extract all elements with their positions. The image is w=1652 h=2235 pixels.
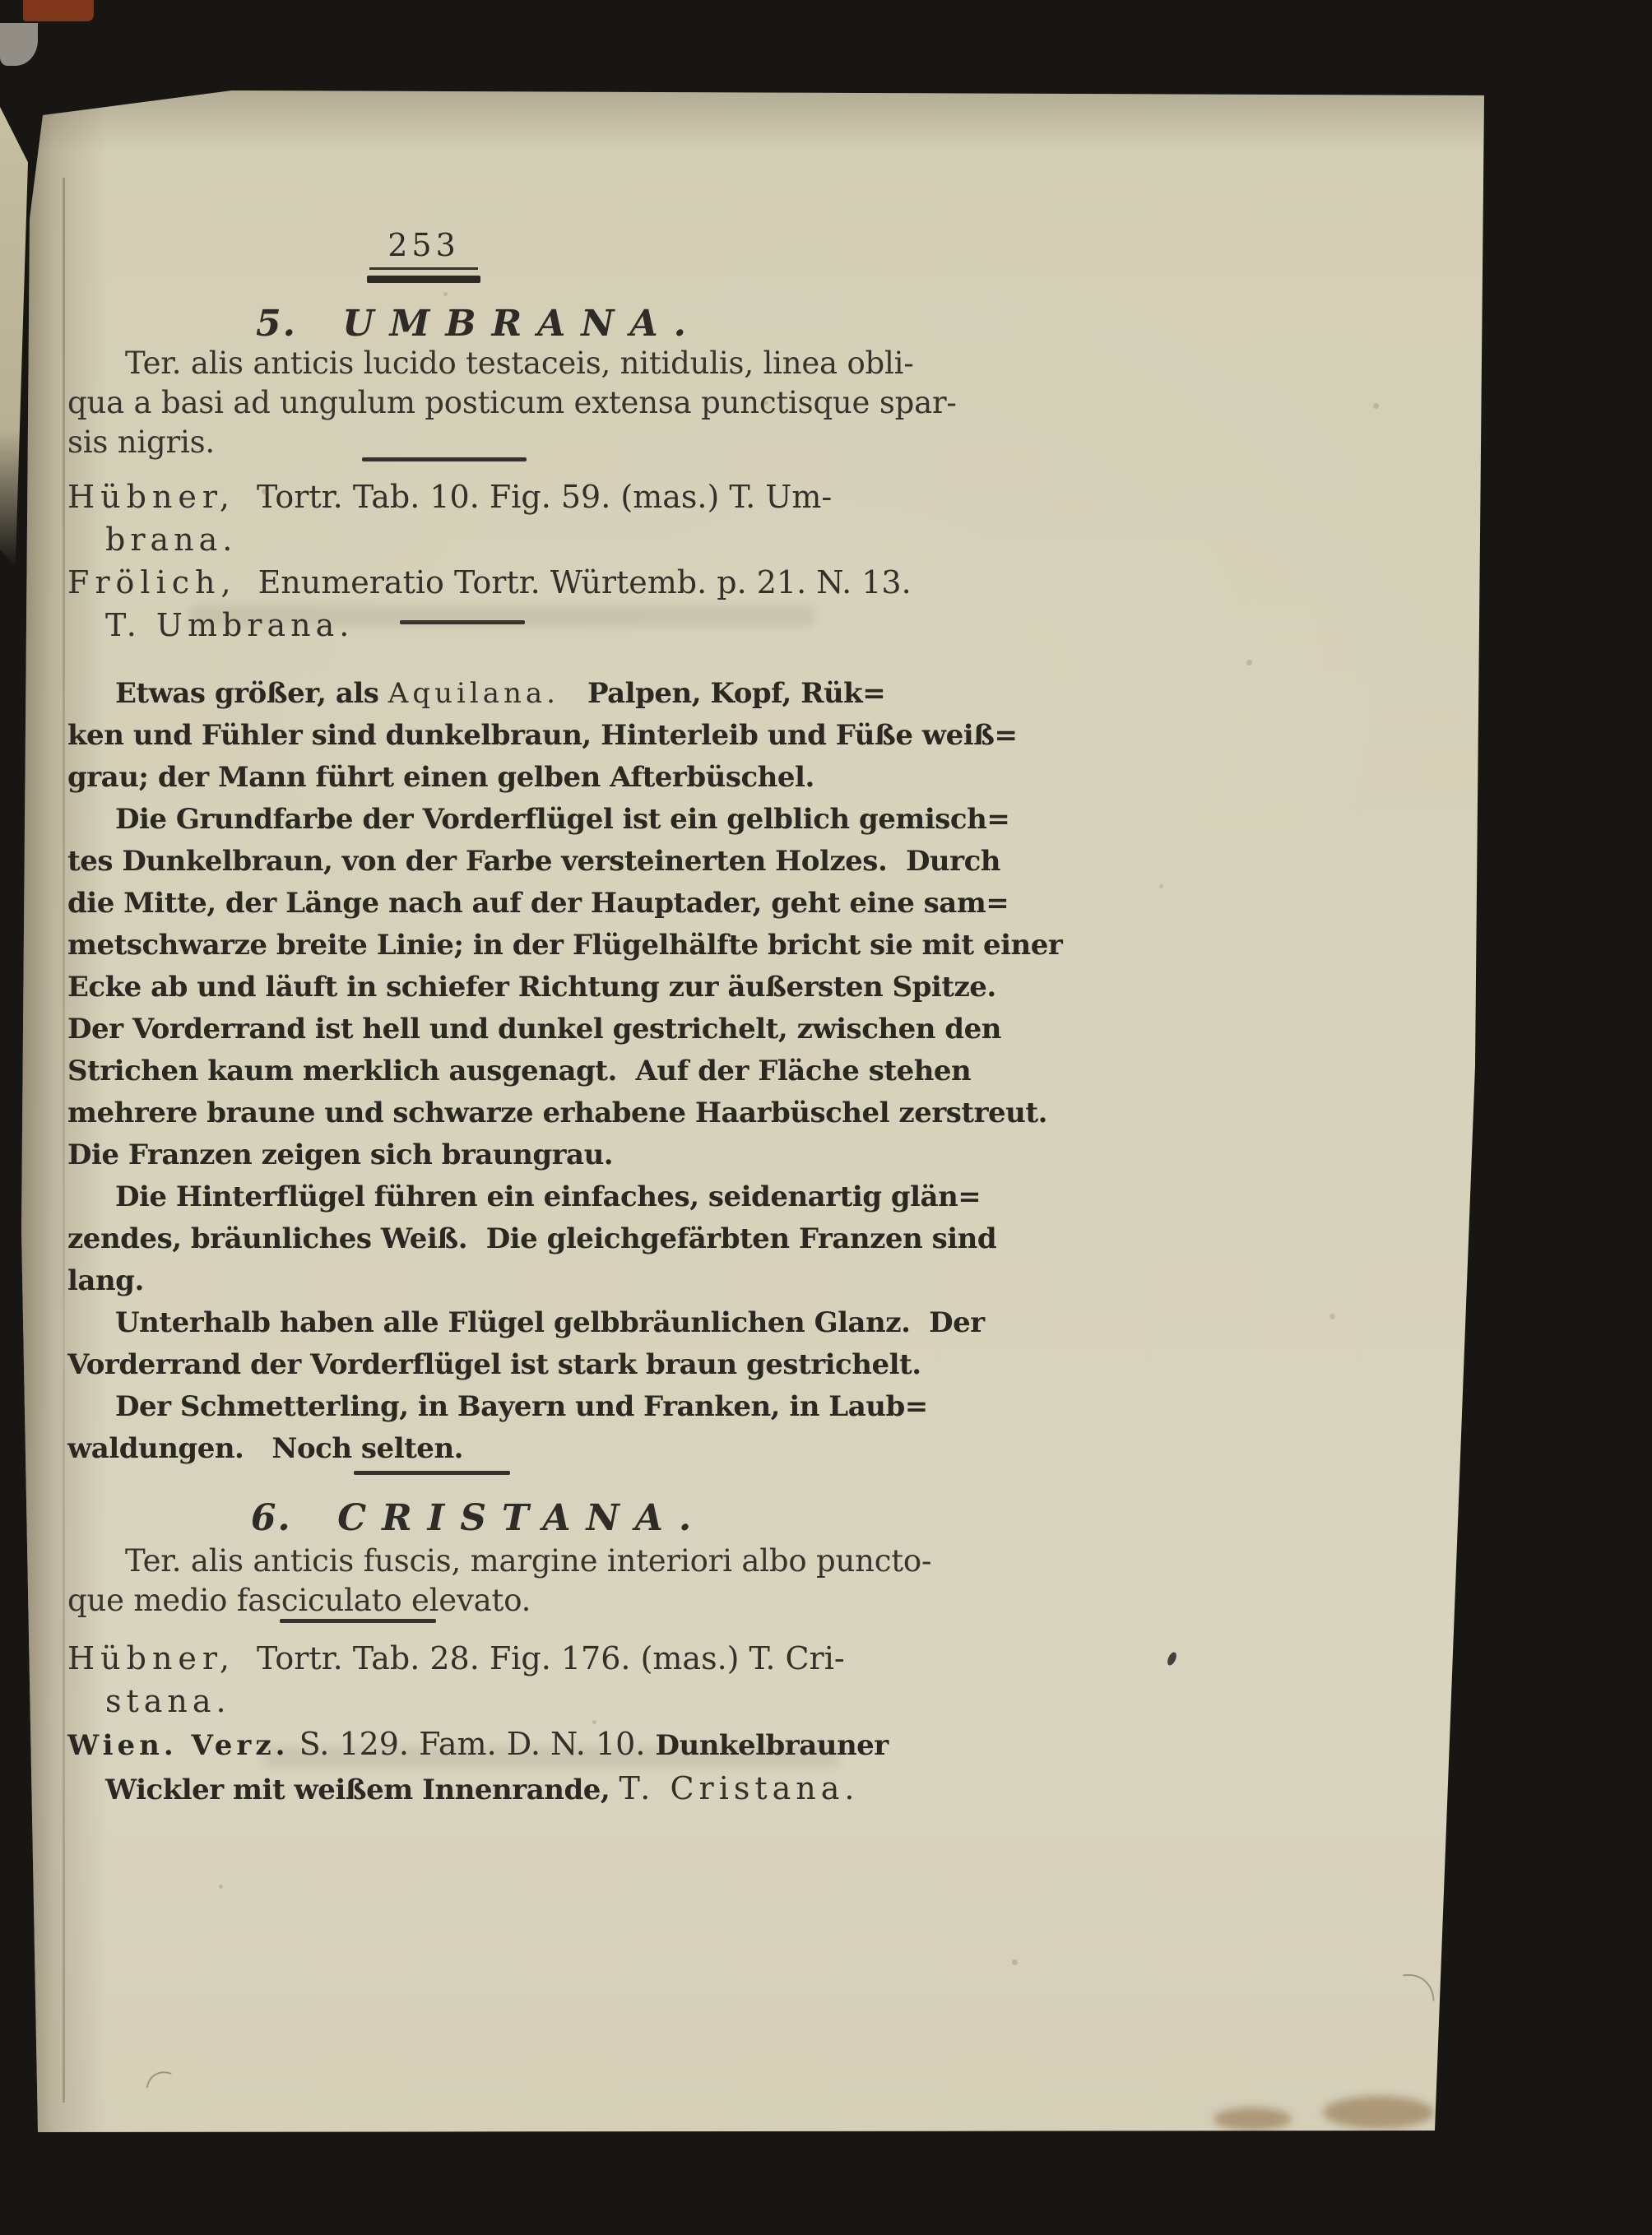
species-number: 6. xyxy=(251,1497,292,1539)
species-number: 5. xyxy=(256,303,297,345)
citation-line: Wien. Verz. S. 129. Fam. D. N. 10. Dunke… xyxy=(67,1723,972,1767)
paper-stain xyxy=(1213,2107,1292,2131)
header-rule-thick xyxy=(367,276,480,283)
description-line: Unterhalb haben alle Flügel gelbbräunlic… xyxy=(67,1302,972,1344)
species-name: UMBRANA. xyxy=(342,303,702,345)
latin-line: sis nigris. xyxy=(67,423,972,462)
citation-line: Hübner,Tortr. Tab. 10. Fig. 59. (mas.) T… xyxy=(67,475,972,518)
description-line: ken und Fühler sind dunkelbraun, Hinterl… xyxy=(67,715,972,757)
umbrana-description: Etwas größer, als Aquilana. Palpen, Kopf… xyxy=(67,673,972,1470)
section-rule xyxy=(354,1471,510,1475)
description-line: Die Hinterflügel führen ein einfaches, s… xyxy=(67,1176,972,1218)
description-line: Die Grundfarbe der Vorderflügel ist ein … xyxy=(67,799,972,841)
umbrana-heading: 5. UMBRANA. xyxy=(67,303,890,345)
page-header: 253 xyxy=(321,227,527,283)
cristana-latin-diagnosis: Ter. alis anticis fuscis, margine interi… xyxy=(67,1542,972,1621)
latin-line: Ter. alis anticis fuscis, margine interi… xyxy=(67,1542,972,1581)
binding-debris-red xyxy=(23,0,94,21)
citation-author: Hübner, xyxy=(67,479,235,515)
section-rule xyxy=(400,620,525,624)
header-rule-thin xyxy=(369,267,478,270)
section-rule xyxy=(362,457,527,461)
citation-reference: Tortr. Tab. 28. Fig. 176. (mas.) T. Cri- xyxy=(257,1640,845,1676)
scanner-bed-background: 253 5. UMBRANA. Ter. alis anticis lucido… xyxy=(0,0,1652,2235)
species-reference: Aquilana. xyxy=(388,677,559,710)
umbrana-latin-diagnosis: Ter. alis anticis lucido testaceis, niti… xyxy=(67,344,972,462)
citation-german-name: Dunkelbrauner xyxy=(655,1729,888,1762)
description-line: Vorderrand der Vorderflügel ist stark br… xyxy=(67,1344,972,1386)
description-line: metschwarze breite Linie; in der Flügelh… xyxy=(67,925,972,967)
description-line: Der Schmetterling, in Bayern und Franken… xyxy=(67,1386,972,1428)
citation-author: Frölich, xyxy=(67,564,237,600)
description-line: mehrere braune und schwarze erhabene Haa… xyxy=(67,1092,972,1134)
paper-fiber xyxy=(1352,1960,1448,2059)
cristana-heading: 6. CRISTANA. xyxy=(67,1497,890,1539)
species-reference: T. Umbrana. xyxy=(105,607,354,643)
citation-author: Hübner, xyxy=(67,1640,235,1676)
citation-author: Wien. Verz. xyxy=(67,1729,289,1762)
description-line: Ecke ab und läuft in schiefer Richtung z… xyxy=(67,967,972,1009)
latin-line: qua a basi ad ungulum posticum extensa p… xyxy=(67,383,972,423)
citation-continuation: Wickler mit weißem Innenrande, T. Crista… xyxy=(67,1767,972,1811)
citation-line: Hübner,Tortr. Tab. 28. Fig. 176. (mas.) … xyxy=(67,1637,972,1680)
description-line: waldungen. Noch selten. xyxy=(67,1428,972,1470)
latin-line: que medio fasciculato elevato. xyxy=(67,1581,972,1621)
paper-stain xyxy=(1323,2096,1434,2129)
gutter-crease xyxy=(63,178,65,2103)
description-segment: Palpen, Kopf, Rük= xyxy=(559,677,885,710)
citation-continuation: T. Umbrana. xyxy=(67,604,972,647)
description-line: Etwas größer, als Aquilana. Palpen, Kopf… xyxy=(67,673,972,715)
description-line: grau; der Mann führt einen gelben Afterb… xyxy=(67,757,972,799)
citation-continuation: brana. xyxy=(67,518,972,561)
citation-german-name: Wickler mit weißem Innenrande, xyxy=(105,1774,619,1806)
citation-continuation: stana. xyxy=(67,1680,972,1723)
description-line: zendes, bräunliches Weiß. Die gleichgefä… xyxy=(67,1218,972,1260)
citation-reference: Tortr. Tab. 10. Fig. 59. (mas.) T. Um- xyxy=(257,479,832,515)
citation-line: Frölich,Enumeratio Tortr. Würtemb. p. 21… xyxy=(67,561,972,604)
neighbor-page-edge xyxy=(0,107,28,568)
species-reference: T. Cristana. xyxy=(619,1770,860,1806)
citation-reference: Enumeratio Tortr. Würtemb. p. 21. N. 13. xyxy=(258,564,912,600)
description-line: Der Vorderrand ist hell und dunkel gestr… xyxy=(67,1009,972,1050)
latin-line: Ter. alis anticis lucido testaceis, niti… xyxy=(67,344,972,383)
page-number: 253 xyxy=(321,227,527,263)
description-line: Die Franzen zeigen sich braungrau. xyxy=(67,1134,972,1176)
umbrana-citations: Hübner,Tortr. Tab. 10. Fig. 59. (mas.) T… xyxy=(67,475,972,647)
description-line: die Mitte, der Länge nach auf der Haupta… xyxy=(67,883,972,925)
binding-debris-grey xyxy=(0,23,38,66)
cristana-citations: Hübner,Tortr. Tab. 28. Fig. 176. (mas.) … xyxy=(67,1637,972,1811)
species-name: CRISTANA. xyxy=(337,1497,707,1539)
description-line: lang. xyxy=(67,1260,972,1302)
section-rule xyxy=(280,1619,436,1623)
description-line: Strichen kaum merklich ausgenagt. Auf de… xyxy=(67,1050,972,1092)
citation-reference: S. 129. Fam. D. N. 10. xyxy=(289,1726,655,1762)
ink-speck xyxy=(1167,1651,1178,1667)
description-segment: Etwas größer, als xyxy=(115,677,388,710)
book-page: 253 5. UMBRANA. Ter. alis anticis lucido… xyxy=(16,79,1491,2134)
description-line: tes Dunkelbraun, von der Farbe versteine… xyxy=(67,841,972,883)
text-column: 253 5. UMBRANA. Ter. alis anticis lucido… xyxy=(67,79,972,2134)
